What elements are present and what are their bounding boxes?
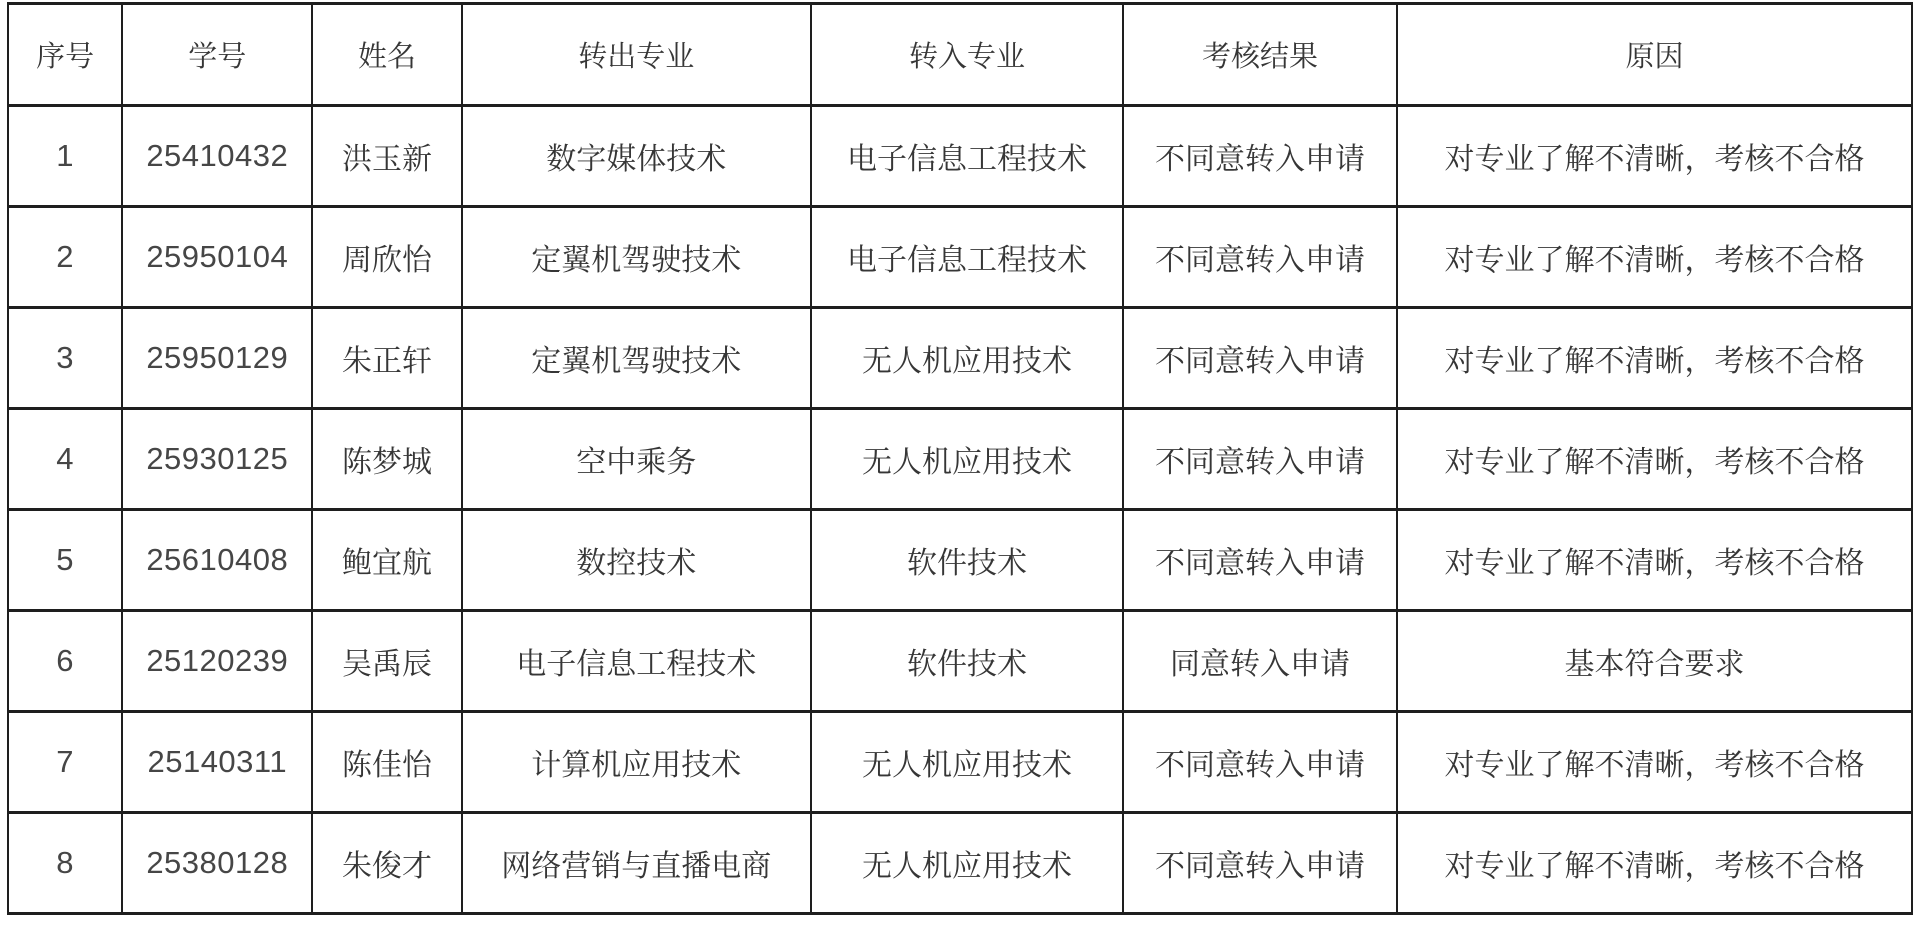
cell-index: 8 xyxy=(8,813,122,914)
column-header-student-id: 学号 xyxy=(122,4,312,106)
cell-reason: 基本符合要求 xyxy=(1397,611,1912,712)
cell-from-major: 定翼机驾驶技术 xyxy=(462,308,811,409)
cell-to-major: 无人机应用技术 xyxy=(811,813,1123,914)
cell-to-major: 电子信息工程技术 xyxy=(811,207,1123,308)
cell-reason: 对专业了解不清晰，考核不合格 xyxy=(1397,510,1912,611)
cell-reason: 对专业了解不清晰，考核不合格 xyxy=(1397,207,1912,308)
table-row: 225950104周欣怡定翼机驾驶技术电子信息工程技术不同意转入申请对专业了解不… xyxy=(8,207,1912,308)
cell-index: 7 xyxy=(8,712,122,813)
table-row: 725140311陈佳怡计算机应用技术无人机应用技术不同意转入申请对专业了解不清… xyxy=(8,712,1912,813)
cell-name: 鲍宜航 xyxy=(312,510,461,611)
cell-result: 同意转入申请 xyxy=(1123,611,1397,712)
cell-from-major: 定翼机驾驶技术 xyxy=(462,207,811,308)
transfer-review-table: 序号学号姓名转出专业转入专业考核结果原因 125410432洪玉新数字媒体技术电… xyxy=(7,2,1913,915)
cell-reason: 对专业了解不清晰，考核不合格 xyxy=(1397,813,1912,914)
cell-from-major: 计算机应用技术 xyxy=(462,712,811,813)
column-header-to-major: 转入专业 xyxy=(811,4,1123,106)
cell-student-id: 25950129 xyxy=(122,308,312,409)
cell-name: 朱俊才 xyxy=(312,813,461,914)
column-header-from-major: 转出专业 xyxy=(462,4,811,106)
cell-to-major: 电子信息工程技术 xyxy=(811,106,1123,207)
cell-student-id: 25140311 xyxy=(122,712,312,813)
table-row: 125410432洪玉新数字媒体技术电子信息工程技术不同意转入申请对专业了解不清… xyxy=(8,106,1912,207)
cell-to-major: 软件技术 xyxy=(811,611,1123,712)
cell-to-major: 无人机应用技术 xyxy=(811,308,1123,409)
table-row: 825380128朱俊才网络营销与直播电商无人机应用技术不同意转入申请对专业了解… xyxy=(8,813,1912,914)
table-header: 序号学号姓名转出专业转入专业考核结果原因 xyxy=(8,4,1912,106)
header-row: 序号学号姓名转出专业转入专业考核结果原因 xyxy=(8,4,1912,106)
cell-name: 吴禹辰 xyxy=(312,611,461,712)
cell-name: 周欣怡 xyxy=(312,207,461,308)
cell-result: 不同意转入申请 xyxy=(1123,207,1397,308)
table-body: 125410432洪玉新数字媒体技术电子信息工程技术不同意转入申请对专业了解不清… xyxy=(8,106,1912,914)
cell-to-major: 无人机应用技术 xyxy=(811,409,1123,510)
table-row: 525610408鲍宜航数控技术软件技术不同意转入申请对专业了解不清晰，考核不合… xyxy=(8,510,1912,611)
cell-from-major: 数控技术 xyxy=(462,510,811,611)
cell-reason: 对专业了解不清晰，考核不合格 xyxy=(1397,712,1912,813)
cell-result: 不同意转入申请 xyxy=(1123,712,1397,813)
cell-name: 朱正轩 xyxy=(312,308,461,409)
column-header-name: 姓名 xyxy=(312,4,461,106)
cell-to-major: 软件技术 xyxy=(811,510,1123,611)
column-header-reason: 原因 xyxy=(1397,4,1912,106)
cell-student-id: 25410432 xyxy=(122,106,312,207)
cell-from-major: 网络营销与直播电商 xyxy=(462,813,811,914)
cell-result: 不同意转入申请 xyxy=(1123,510,1397,611)
cell-index: 2 xyxy=(8,207,122,308)
column-header-result: 考核结果 xyxy=(1123,4,1397,106)
cell-index: 4 xyxy=(8,409,122,510)
cell-student-id: 25930125 xyxy=(122,409,312,510)
cell-student-id: 25610408 xyxy=(122,510,312,611)
cell-to-major: 无人机应用技术 xyxy=(811,712,1123,813)
cell-name: 陈梦城 xyxy=(312,409,461,510)
table-row: 625120239吴禹辰电子信息工程技术软件技术同意转入申请基本符合要求 xyxy=(8,611,1912,712)
cell-from-major: 电子信息工程技术 xyxy=(462,611,811,712)
table-row: 325950129朱正轩定翼机驾驶技术无人机应用技术不同意转入申请对专业了解不清… xyxy=(8,308,1912,409)
cell-reason: 对专业了解不清晰，考核不合格 xyxy=(1397,409,1912,510)
cell-index: 3 xyxy=(8,308,122,409)
cell-result: 不同意转入申请 xyxy=(1123,308,1397,409)
cell-result: 不同意转入申请 xyxy=(1123,409,1397,510)
cell-index: 6 xyxy=(8,611,122,712)
cell-name: 陈佳怡 xyxy=(312,712,461,813)
cell-index: 1 xyxy=(8,106,122,207)
cell-student-id: 25950104 xyxy=(122,207,312,308)
cell-student-id: 25120239 xyxy=(122,611,312,712)
table-row: 425930125陈梦城空中乘务无人机应用技术不同意转入申请对专业了解不清晰，考… xyxy=(8,409,1912,510)
cell-reason: 对专业了解不清晰，考核不合格 xyxy=(1397,308,1912,409)
cell-student-id: 25380128 xyxy=(122,813,312,914)
cell-reason: 对专业了解不清晰，考核不合格 xyxy=(1397,106,1912,207)
cell-index: 5 xyxy=(8,510,122,611)
cell-result: 不同意转入申请 xyxy=(1123,106,1397,207)
cell-from-major: 空中乘务 xyxy=(462,409,811,510)
cell-result: 不同意转入申请 xyxy=(1123,813,1397,914)
cell-name: 洪玉新 xyxy=(312,106,461,207)
cell-from-major: 数字媒体技术 xyxy=(462,106,811,207)
column-header-index: 序号 xyxy=(8,4,122,106)
